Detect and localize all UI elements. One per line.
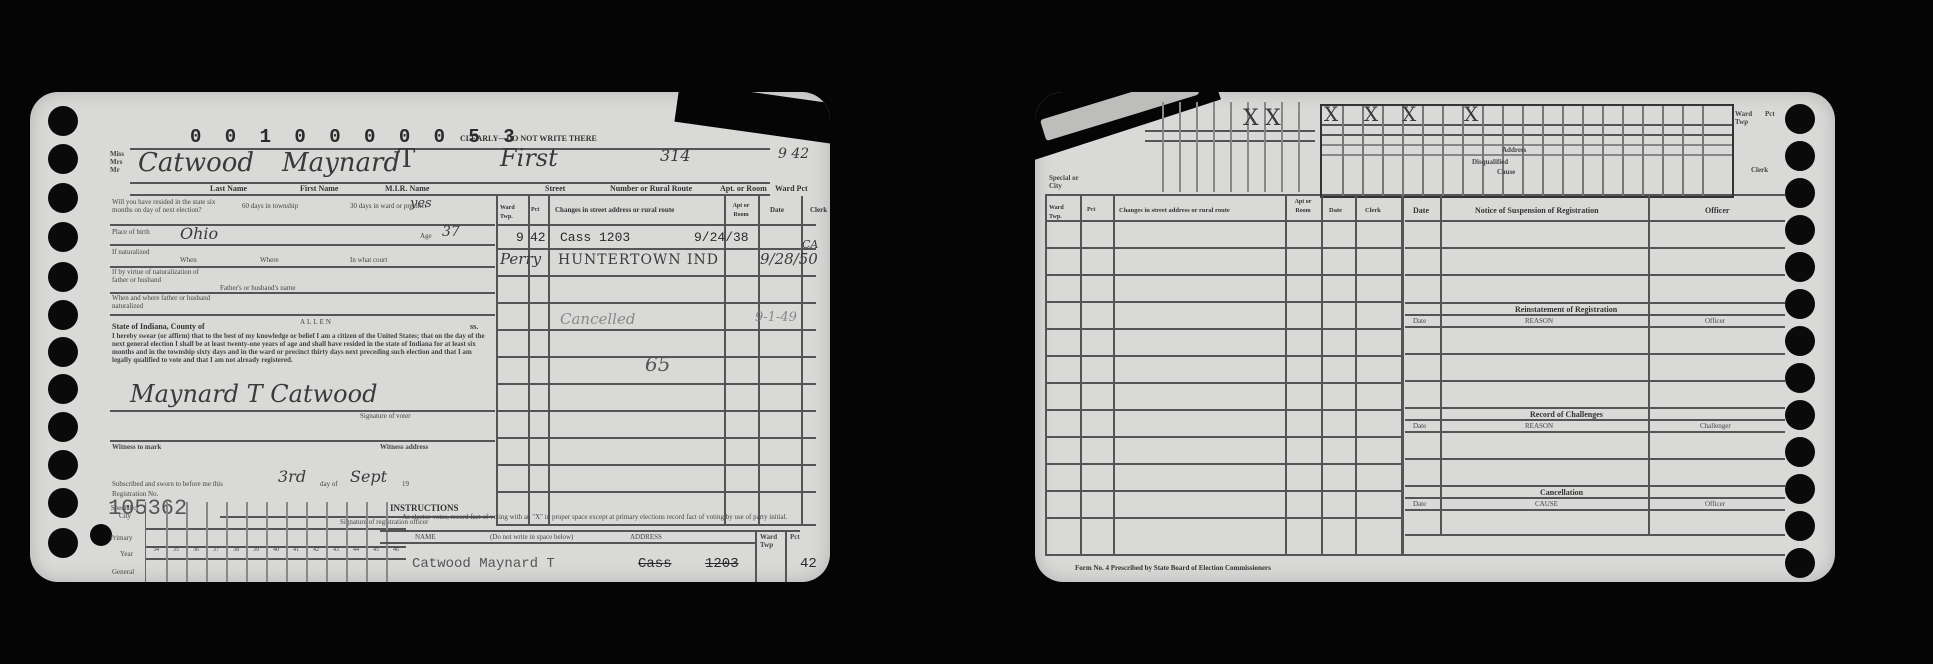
address-label: Address (1502, 146, 1526, 154)
year-prefix: 19 (402, 480, 409, 488)
changes-header-date: Date (770, 206, 784, 215)
punch-hole (1785, 141, 1815, 171)
punch-hole (1785, 363, 1815, 393)
township-question: 60 days in township (242, 202, 322, 210)
voter-signature: Maynard T Catwood (130, 380, 377, 408)
vote-mark: X (1464, 102, 1478, 126)
grid-label-special: Special or City (110, 504, 140, 520)
birth-value: Ohio (180, 224, 218, 243)
label-street: Street (545, 184, 565, 193)
top-voting-grid-left: X X (1145, 102, 1315, 192)
back-changes-header-pct: Pct (1087, 206, 1095, 215)
punch-hole (48, 374, 78, 404)
challenges-header-reason: REASON (1525, 422, 1553, 430)
father-name-label: Father's or husband's name (220, 284, 295, 292)
punch-hole (48, 488, 78, 518)
witness-label: Witness to mark (112, 443, 161, 451)
back-changes-header-date: Date (1329, 206, 1342, 215)
suspension-header-date: Date (1413, 206, 1429, 215)
punch-hole (1785, 400, 1815, 430)
bottom-header-pct: Pct (790, 533, 800, 541)
punch-hole (1785, 326, 1815, 356)
reinstatement-header-reason: REASON (1525, 317, 1553, 325)
punch-hole (48, 222, 78, 252)
form-footer: Form No. 4 Prescribed by State Board of … (1075, 564, 1271, 573)
punch-hole (1785, 215, 1815, 245)
bottom-typed-name: Catwood Maynard T (412, 556, 555, 572)
instructions-text: As elector votes, record fact of voting … (402, 513, 802, 521)
label-apt: Apt. or Room (720, 184, 767, 193)
punch-hole (48, 262, 78, 292)
ward-twp-label: Ward Twp (1735, 110, 1755, 126)
punch-hole (1785, 474, 1815, 504)
street-value: First (500, 144, 558, 172)
challenges-header-date: Date (1413, 422, 1426, 430)
change-row-2-date: 9/28/50 (760, 250, 818, 268)
county-value: ALLEN (300, 318, 333, 326)
pct-label: Pct (1765, 110, 1775, 118)
change-row-4-date: 9-1-49 (755, 310, 797, 325)
punch-hole (1785, 252, 1815, 282)
change-row-1-date: 9/24/38 (694, 230, 749, 245)
reinstatement-header-date: Date (1413, 317, 1426, 325)
oath-text: I hereby swear (or affirm) that to the b… (112, 332, 492, 364)
back-changes-header-clerk: Clerk (1365, 206, 1381, 215)
folded-corner (674, 92, 830, 144)
vote-mark: X (1243, 106, 1259, 131)
oath-title: State of Indiana, County of (112, 322, 205, 331)
month-value: Sept (350, 467, 387, 486)
punch-hole (1785, 548, 1815, 578)
do-not-write-notice: CLEARLY—DO NOT WRITE THERE (460, 134, 597, 143)
change-row-1-pct: 42 (530, 230, 546, 245)
bottom-header-ward: Ward Twp (760, 533, 778, 549)
disqualified-label: Disqualified (1472, 158, 1508, 166)
top-voting-grid-right: X X X X Address Disqualified Cause (1320, 104, 1734, 198)
year-grid: 34 35 36 37 38 39 40 41 42 43 44 45 46 (145, 502, 406, 582)
punch-hole (48, 450, 78, 480)
change-row-4-address: Cancelled (560, 310, 635, 328)
changes-header-ward: Ward Twp. (500, 204, 526, 222)
ward-pct-value: 9 42 (778, 146, 809, 162)
registration-card-back: X X Special or City X X X X Address Disq… (1035, 92, 1835, 582)
cause-label: Cause (1497, 168, 1515, 176)
punch-hole (1785, 104, 1815, 134)
punch-hole (48, 528, 78, 558)
bottom-typed-pct: 42 (800, 556, 817, 572)
back-changes-header-apt: Apt or Room (1289, 198, 1317, 216)
change-row-1-ward: 9 (516, 230, 524, 245)
punch-hole (1785, 178, 1815, 208)
instructions-title: INSTRUCTIONS (390, 504, 459, 513)
change-row-6-note: 65 (645, 352, 670, 376)
challenges-title: Record of Challenges (1530, 410, 1603, 419)
punch-hole (48, 106, 78, 136)
cancellation-header-officer: Officer (1705, 500, 1725, 508)
suspension-header-title: Notice of Suspension of Registration (1475, 206, 1599, 215)
punch-hole (48, 300, 78, 330)
label-ward: Ward Pct (775, 184, 808, 193)
change-row-2-ward: Perry (500, 250, 541, 268)
day-of-label: day of (320, 480, 338, 488)
changes-header-clerk: Clerk (810, 206, 827, 215)
residence-question: Will you have resided in the state six m… (112, 198, 232, 214)
age-label: Age (420, 232, 432, 240)
suspension-header-officer: Officer (1705, 206, 1729, 215)
bottom-header-name: NAME (415, 533, 436, 541)
cancellation-header-date: Date (1413, 500, 1426, 508)
subscribed-label: Subscribed and sworn to before me this (112, 480, 223, 488)
vote-mark: X (1364, 102, 1378, 126)
bottom-typed-number: 1203 (705, 556, 739, 572)
naturalized-label: If naturalized (112, 248, 162, 256)
bottom-header-address: ADDRESS (630, 533, 662, 541)
ss-label: ss. (470, 322, 478, 331)
challenges-header-challenger: Challenger (1700, 422, 1731, 430)
bottom-typed-street: Cass (638, 556, 672, 572)
changes-header-address: Changes in street address or rural route (555, 206, 674, 215)
when-where-label: When and where father or husband natural… (112, 294, 212, 310)
where-label: Where (260, 256, 279, 264)
cancellation-header-cause: CAUSE (1535, 500, 1558, 508)
punch-hole (48, 337, 78, 367)
middle-initial-value: T (398, 144, 415, 174)
when-label: When (180, 256, 197, 264)
birth-label: Place of birth (112, 228, 152, 236)
punch-hole (1785, 437, 1815, 467)
label-last-name: Last Name (210, 184, 247, 193)
label-number: Number or Rural Route (610, 184, 692, 193)
virtue-label: If by virtue of naturalization of father… (112, 268, 202, 284)
change-row-1-address: Cass 1203 (560, 230, 630, 245)
clerk-label: Clerk (1751, 166, 1768, 174)
punch-hole (48, 144, 78, 174)
grid-label-general: General (112, 568, 134, 576)
special-city-label: Special or City (1049, 174, 1079, 190)
label-first-name: First Name (300, 184, 338, 193)
reinstatement-header-officer: Officer (1705, 317, 1725, 325)
witness-address-label: Witness address (380, 443, 428, 451)
house-number-value: 314 (660, 146, 691, 165)
punch-hole (1785, 289, 1815, 319)
changes-header-pct: Pct (531, 206, 539, 215)
signature-label: Signature of voter (360, 412, 411, 420)
court-label: In what court (350, 256, 387, 264)
change-row-2-address: HUNTERTOWN IND (558, 252, 719, 268)
vote-mark: X (1402, 102, 1416, 126)
label-middle-name: M.I.R. Name (385, 184, 429, 193)
age-value: 37 (442, 224, 460, 240)
vote-mark: X (1324, 102, 1338, 126)
vote-mark: X (1265, 106, 1281, 131)
ward-answer: yes (410, 196, 432, 211)
back-changes-header-address: Changes in street address or rural route (1119, 206, 1230, 215)
reinstatement-title: Reinstatement of Registration (1515, 305, 1617, 314)
registration-card-front: 0 0 1 0 0 0 0 0 5 3 CLEARLY—DO NOT WRITE… (30, 92, 830, 582)
change-row-2-clerk: CA (802, 238, 818, 251)
punch-hole (48, 183, 78, 213)
punch-hole-small (90, 524, 112, 546)
day-value: 3rd (278, 467, 306, 486)
salutation: MissMrsMr (110, 150, 124, 174)
punch-hole (48, 412, 78, 442)
grid-label-year: Year (120, 550, 133, 558)
grid-label-primary: Primary (110, 534, 133, 542)
first-name-value: Maynard (282, 148, 400, 178)
cancellation-title: Cancellation (1540, 488, 1583, 497)
bottom-header-note: (Do not write in space below) (490, 533, 573, 541)
changes-header-apt: Apt or Room (728, 202, 754, 220)
last-name-value: Catwood (138, 148, 254, 178)
punch-hole (1785, 511, 1815, 541)
